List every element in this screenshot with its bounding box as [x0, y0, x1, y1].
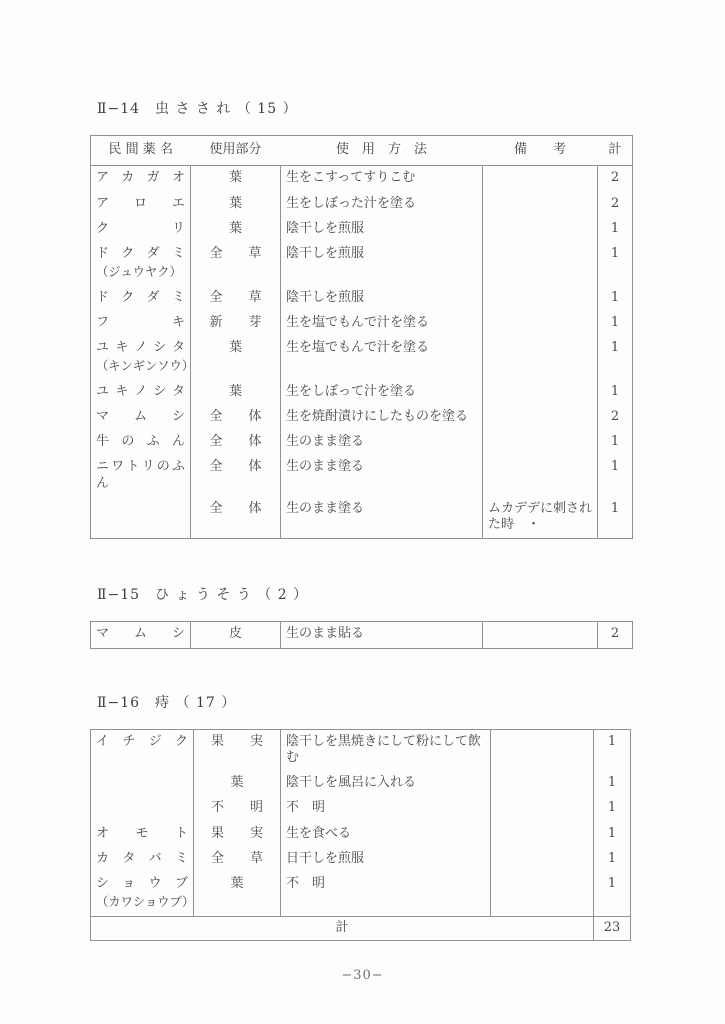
usage-method: 陰干しを煎服 — [281, 286, 483, 311]
usage-method: 不 明 — [281, 872, 491, 916]
count: 1 — [598, 497, 633, 539]
medicine-name: イチジク — [96, 734, 188, 750]
remark — [483, 286, 598, 311]
total-count: 23 — [594, 916, 631, 940]
table-row: マムシ 皮 生のまま貼る 2 — [91, 622, 633, 648]
remark — [483, 166, 598, 192]
table-row: 全 体 生のまま塗る ムカデデに刺された時 ・ 1 — [91, 497, 633, 539]
medicine-name: 牛のふん — [96, 434, 185, 450]
usage-method: 不 明 — [281, 796, 491, 821]
remark — [483, 311, 598, 336]
remark — [483, 380, 598, 405]
remark — [483, 430, 598, 455]
table-row: クリ 葉 陰干しを煎服 1 — [91, 217, 633, 242]
count: 1 — [594, 872, 631, 916]
total-row: 計 23 — [91, 916, 631, 940]
used-part: 葉 — [191, 192, 281, 217]
usage-method: 陰干しを煎服 — [281, 242, 483, 286]
used-part: 葉 — [191, 336, 281, 380]
usage-method: 生のまま塗る — [281, 497, 483, 539]
used-part: 全 体 — [191, 405, 281, 430]
page-number: −30− — [90, 968, 635, 983]
remark — [491, 872, 594, 916]
count: 1 — [598, 311, 633, 336]
table-row: 葉 陰干しを風呂に入れる 1 — [91, 771, 631, 796]
count: 1 — [594, 847, 631, 872]
used-part: 不 明 — [194, 796, 281, 821]
count: 1 — [594, 822, 631, 847]
used-part: 全 体 — [191, 497, 281, 539]
table-row: 不 明 不 明 1 — [91, 796, 631, 821]
medicine-name: オモト — [96, 826, 188, 842]
count: 1 — [598, 217, 633, 242]
remark — [491, 796, 594, 821]
usage-method: 生のまま塗る — [281, 430, 483, 455]
medicine-name-alias: （カワショウブ） — [96, 895, 188, 910]
medicine-name: マムシ — [96, 409, 185, 425]
used-part: 全 体 — [191, 430, 281, 455]
used-part: 葉 — [191, 217, 281, 242]
usage-method: 陰干しを黒焼きにして粉にして飲む — [281, 729, 491, 771]
remark — [483, 242, 598, 286]
total-label: 計 — [91, 916, 594, 940]
medicine-name: ドクダミ — [96, 290, 185, 306]
folk-medicine-table-hyousou: マムシ 皮 生のまま貼る 2 — [90, 621, 633, 648]
document-page: Ⅱ−14 虫 さ さ れ （ 15 ） 民 間 薬 名 使用部分 使 用 方 法… — [0, 0, 725, 1024]
table-row: ユキノシタ 葉 生をしぼって汁を塗る 1 — [91, 380, 633, 405]
usage-method: 生をこすってすりこむ — [281, 166, 483, 192]
remark — [491, 771, 594, 796]
count: 1 — [598, 455, 633, 497]
table-row: マムシ 全 体 生を焼酎漬けにしたものを塗る 2 — [91, 405, 633, 430]
folk-medicine-table-insect-bite: 民 間 薬 名 使用部分 使 用 方 法 備 考 計 アカガオ 葉 生をこすって… — [90, 135, 633, 539]
used-part: 果 実 — [194, 729, 281, 771]
remark — [483, 405, 598, 430]
used-part: 皮 — [191, 622, 281, 648]
remark — [491, 822, 594, 847]
used-part: 全 草 — [191, 286, 281, 311]
table-row: ユキノシタ （キンギンソウ） 葉 生を塩でもんで汁を塗る 1 — [91, 336, 633, 380]
remark — [483, 192, 598, 217]
medicine-name: ユキノシタ — [96, 384, 185, 400]
count: 1 — [594, 796, 631, 821]
used-part: 全 草 — [191, 242, 281, 286]
table-row: ドクダミ （ジュウヤク） 全 草 陰干しを煎服 1 — [91, 242, 633, 286]
table-row: アカガオ 葉 生をこすってすりこむ 2 — [91, 166, 633, 192]
medicine-name: ドクダミ — [96, 246, 185, 262]
remark — [491, 729, 594, 771]
used-part: 葉 — [194, 872, 281, 916]
col-header-used-part: 使用部分 — [191, 136, 281, 166]
medicine-name: クリ — [96, 221, 185, 237]
medicine-name: アロエ — [96, 196, 185, 212]
medicine-name: フキ — [96, 315, 185, 331]
usage-method: 陰干しを煎服 — [281, 217, 483, 242]
remark — [483, 455, 598, 497]
count: 1 — [598, 242, 633, 286]
usage-method: 生のまま塗る — [281, 455, 483, 497]
count: 1 — [594, 771, 631, 796]
count: 1 — [598, 430, 633, 455]
usage-method: 生を塩でもんで汁を塗る — [281, 336, 483, 380]
section-ji: Ⅱ−16 痔 （ 17 ） イチジク 果 実 陰干しを黒焼きにして粉にして飲む … — [90, 692, 725, 941]
col-header-medicine-name: 民 間 薬 名 — [91, 136, 191, 166]
remark — [483, 336, 598, 380]
medicine-name: ショウブ — [96, 876, 188, 892]
count: 2 — [598, 166, 633, 192]
table-row: オモト 果 実 生を食べる 1 — [91, 822, 631, 847]
medicine-name: カタバミ — [96, 851, 188, 867]
count: 2 — [598, 622, 633, 648]
used-part: 葉 — [191, 380, 281, 405]
count: 1 — [598, 286, 633, 311]
table-row: アロエ 葉 生をしぼった汁を塗る 2 — [91, 192, 633, 217]
count: 1 — [598, 336, 633, 380]
medicine-name-alias: （ジュウヤク） — [96, 265, 185, 280]
col-header-total: 計 — [598, 136, 633, 166]
col-header-usage-method: 使 用 方 法 — [281, 136, 483, 166]
usage-method: 生をしぼって汁を塗る — [281, 380, 483, 405]
medicine-name-alias: （キンギンソウ） — [96, 359, 185, 374]
count: 1 — [598, 380, 633, 405]
table-row: イチジク 果 実 陰干しを黒焼きにして粉にして飲む 1 — [91, 729, 631, 771]
remark: ムカデデに刺された時 ・ — [483, 497, 598, 539]
table-row: カタバミ 全 草 日干しを煎服 1 — [91, 847, 631, 872]
folk-medicine-table-ji: イチジク 果 実 陰干しを黒焼きにして粉にして飲む 1 葉 陰干しを風呂に入れる… — [90, 729, 631, 941]
table-header-row: 民 間 薬 名 使用部分 使 用 方 法 備 考 計 — [91, 136, 633, 166]
used-part: 葉 — [194, 771, 281, 796]
remark — [491, 847, 594, 872]
usage-method: 日干しを煎服 — [281, 847, 491, 872]
table-row: ドクダミ 全 草 陰干しを煎服 1 — [91, 286, 633, 311]
section-title: Ⅱ−14 虫 さ さ れ （ 15 ） — [97, 98, 725, 118]
remark — [483, 622, 598, 648]
table-row: ショウブ （カワショウブ） 葉 不 明 1 — [91, 872, 631, 916]
usage-method: 生のまま貼る — [281, 622, 483, 648]
section-mushisasare: Ⅱ−14 虫 さ さ れ （ 15 ） 民 間 薬 名 使用部分 使 用 方 法… — [90, 98, 725, 539]
medicine-name: ニワトリのふん — [96, 459, 185, 492]
count: 2 — [598, 405, 633, 430]
medicine-name: ユキノシタ — [96, 340, 185, 356]
usage-method: 生を食べる — [281, 822, 491, 847]
section-title: Ⅱ−15 ひ ょ う そ う （ 2 ） — [97, 584, 725, 604]
usage-method: 生を塩でもんで汁を塗る — [281, 311, 483, 336]
table-row: 牛のふん 全 体 生のまま塗る 1 — [91, 430, 633, 455]
count: 1 — [594, 729, 631, 771]
used-part: 葉 — [191, 166, 281, 192]
usage-method: 生を焼酎漬けにしたものを塗る — [281, 405, 483, 430]
used-part: 全 草 — [194, 847, 281, 872]
remark — [483, 217, 598, 242]
section-hyousou: Ⅱ−15 ひ ょ う そ う （ 2 ） マムシ 皮 生のまま貼る 2 — [90, 584, 725, 648]
count: 2 — [598, 192, 633, 217]
used-part: 新 芽 — [191, 311, 281, 336]
section-title: Ⅱ−16 痔 （ 17 ） — [97, 692, 725, 712]
used-part: 全 体 — [191, 455, 281, 497]
col-header-remarks: 備 考 — [483, 136, 598, 166]
medicine-name: マムシ — [96, 626, 185, 642]
medicine-name: アカガオ — [96, 170, 185, 186]
usage-method: 陰干しを風呂に入れる — [281, 771, 491, 796]
table-row: フキ 新 芽 生を塩でもんで汁を塗る 1 — [91, 311, 633, 336]
table-row: ニワトリのふん 全 体 生のまま塗る 1 — [91, 455, 633, 497]
usage-method: 生をしぼった汁を塗る — [281, 192, 483, 217]
used-part: 果 実 — [194, 822, 281, 847]
